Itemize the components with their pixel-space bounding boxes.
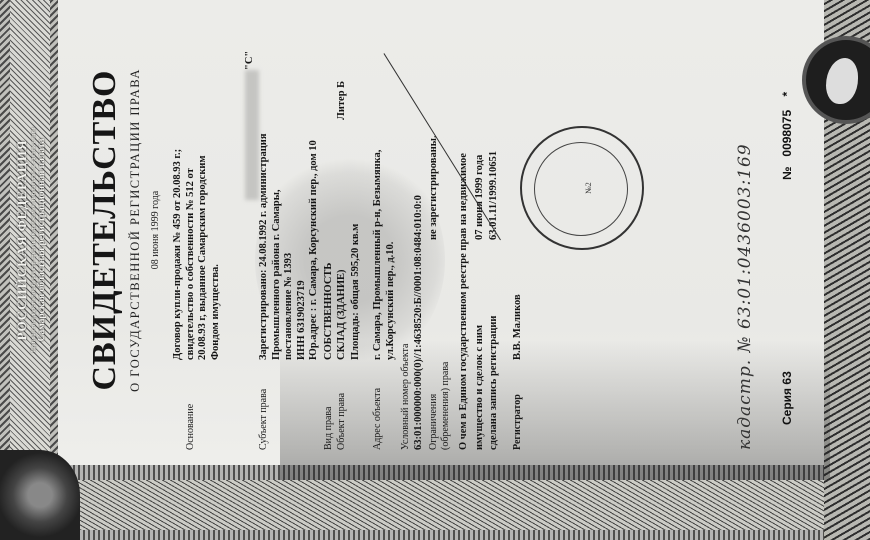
subject-details: Зарегистрировано: 24.08.1992 г. админист… (258, 133, 321, 360)
issue-date: 08 июня 1999 года (150, 0, 161, 460)
registrar-name: В.В. Маликов (512, 294, 525, 360)
restrictions-label: Ограничения (обременения) права (428, 360, 452, 450)
registry-record-number: 63.01.11/1999.10651 (488, 151, 501, 240)
registry-note-line2-left: имущество и сделок с ним (474, 325, 487, 450)
object-letter: Литер Б (336, 81, 349, 120)
registry-date: 07 июня 1999 года (474, 155, 487, 240)
registry-line: Единый государственный реестр прав на не… (30, 30, 37, 450)
serial-number: № 0098075 * (780, 92, 794, 180)
header: РОССИЙСКАЯ ФЕДЕРАЦИЯ Единый государствен… (14, 30, 47, 450)
address-value: г. Самара, Промышленный р-н, Безымянка, … (372, 150, 397, 360)
object-value: СКЛАД (ЗДАНИЕ) (336, 270, 349, 361)
address-label: Адрес объекта (372, 388, 383, 450)
object-label: Объект права (336, 393, 347, 450)
cond-number-label: Условный номер объекта (400, 344, 411, 450)
cond-number-value: 63:01:000000:000(0)//1:4638520:Б//0001:0… (413, 195, 426, 450)
restrictions-value: не зарегистрированы. (428, 135, 441, 240)
right-type-label: Вид права (323, 407, 334, 450)
redacted-name (245, 70, 259, 200)
registry-note-line1: О чем в Едином государственном реестре п… (458, 153, 471, 450)
certificate-sheet: РОССИЙСКАЯ ФЕДЕРАЦИЯ Единый государствен… (0, 0, 870, 540)
basis-label: Основание (185, 404, 196, 450)
basis-value: Договор купли-продажи № 459 от 20.08.93 … (172, 149, 222, 360)
country-name: РОССИЙСКАЯ ФЕДЕРАЦИЯ (14, 30, 30, 450)
document-subtitle: О ГОСУДАРСТВЕННОЙ РЕГИСТРАЦИИ ПРАВА (128, 0, 143, 460)
chamber-name: Самарская областная регистрационная пала… (37, 30, 47, 450)
registrar-label: Регистратор (512, 394, 523, 450)
subject-label: Субъект права (258, 389, 269, 450)
registry-note-line3-left: сделана запись регистрации (488, 316, 501, 450)
stamp-number: №2 (584, 128, 593, 248)
object-area: Площадь: общая 595,20 кв.м (350, 224, 363, 360)
series: Серия 63 (780, 371, 794, 425)
handwritten-cadastral-note: кадастр. № 63:01:0436003:169 (735, 143, 755, 450)
coat-of-arms-icon (0, 450, 80, 540)
russia-map-seal-icon (802, 36, 870, 124)
document-title: СВИДЕТЕЛЬСТВО (86, 0, 124, 460)
official-stamp: №2 (520, 126, 644, 250)
right-type-value: СОБСТВЕННОСТЬ (323, 263, 336, 360)
subject-name-suffix: "С" (244, 51, 257, 70)
